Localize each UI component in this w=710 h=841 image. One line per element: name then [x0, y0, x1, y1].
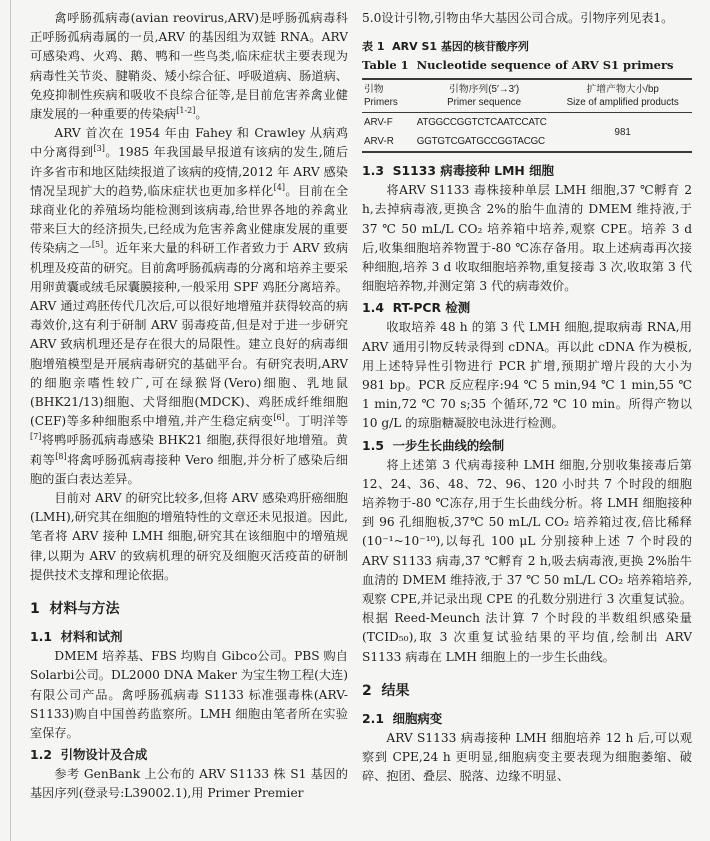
amplified-size-value: 981	[553, 113, 692, 153]
section-1-3-heading: 1.3 S1133 病毒接种 LMH 细胞	[362, 161, 692, 179]
section-1-1-body: DMEM 培养基、FBS 均购自 Gibco公司。PBS 购自 Solarbi公…	[30, 647, 348, 743]
header-sequence-cn: 引物序列(5′→3′)	[417, 83, 552, 96]
primer-sequence-arv-f: ATGGCCGGTCTCAATCCATC	[415, 113, 554, 133]
header-primers-cn: 引物	[364, 83, 413, 96]
header-sequence-en: Primer sequence	[417, 96, 552, 109]
section-1-3-body: 将ARV S1133 毒株接种单层 LMH 细胞,37 ℃孵育 2 h,去掉病毒…	[362, 181, 692, 296]
section-1-4-heading: 1.4 RT-PCR 检测	[362, 298, 692, 316]
table-1-caption-en: Table 1 Nucleotide sequence of ARV S1 pr…	[362, 58, 692, 72]
table-1-caption-cn: 表 1 ARV S1 基因的核苷酸序列	[362, 38, 692, 54]
header-sequence: 引物序列(5′→3′) Primer sequence	[415, 79, 554, 113]
scan-edge-line	[10, 0, 11, 841]
section-1-5-heading: 1.5 一步生长曲线的绘制	[362, 436, 692, 454]
table-row: ARV-F ATGGCCGGTCTCAATCCATC 981	[362, 113, 692, 133]
header-size-en: Size of amplified products	[555, 96, 690, 109]
two-column-layout: 禽呼肠孤病毒(avian reovirus,ARV)是呼肠孤病毒科正呼肠孤病毒属…	[30, 9, 692, 841]
section-1-5-body: 将上述第 3 代病毒接种 LMH 细胞,分别收集接毒后第 12、24、36、48…	[362, 456, 692, 667]
section-2-1-body: ARV S1133 病毒接种 LMH 细胞培养 12 h 后,可以观察到 CPE…	[362, 729, 692, 787]
paper-page: 禽呼肠孤病毒(avian reovirus,ARV)是呼肠孤病毒科正呼肠孤病毒属…	[0, 0, 710, 841]
left-column: 禽呼肠孤病毒(avian reovirus,ARV)是呼肠孤病毒科正呼肠孤病毒属…	[30, 9, 348, 841]
intro-paragraph-3: 目前对 ARV 的研究比较多,但将 ARV 感染鸡肝癌细胞(LMH),研究其在细…	[30, 489, 348, 585]
primer-table: 引物 Primers 引物序列(5′→3′) Primer sequence 扩…	[362, 78, 692, 153]
intro-paragraph-1: 禽呼肠孤病毒(avian reovirus,ARV)是呼肠孤病毒科正呼肠孤病毒属…	[30, 9, 348, 124]
primer-table-header-row: 引物 Primers 引物序列(5′→3′) Primer sequence 扩…	[362, 79, 692, 113]
section-1-2-body: 参考 GenBank 上公布的 ARV S1133 株 S1 基因的基因序列(登…	[30, 765, 348, 803]
primer-design-continuation: 5.0设计引物,引物由华大基因公司合成。引物序列见表1。	[362, 9, 692, 28]
section-2-heading: 2 结果	[362, 680, 692, 700]
header-size: 扩增产物大小/bp Size of amplified products	[553, 79, 692, 113]
section-1-4-body: 收取培养 48 h 的第 3 代 LMH 细胞,提取病毒 RNA,用 ARV 通…	[362, 318, 692, 433]
section-1-heading: 1 材料与方法	[30, 598, 348, 618]
section-2-1-heading: 2.1 细胞病变	[362, 709, 692, 727]
section-1-1-heading: 1.1 材料和试剂	[30, 627, 348, 645]
header-primers-en: Primers	[364, 96, 413, 109]
right-column: 5.0设计引物,引物由华大基因公司合成。引物序列见表1。 表 1 ARV S1 …	[362, 9, 692, 841]
intro-paragraph-2: ARV 首次在 1954 年由 Fahey 和 Crawley 从病鸡中分离得到…	[30, 124, 348, 489]
primer-name-arv-r: ARV-R	[362, 132, 415, 152]
section-1-2-heading: 1.2 引物设计及合成	[30, 745, 348, 763]
header-size-cn: 扩增产物大小/bp	[555, 83, 690, 96]
primer-sequence-arv-r: GGTGTCGATGCCGGTACGC	[415, 132, 554, 152]
header-primers: 引物 Primers	[362, 79, 415, 113]
primer-name-arv-f: ARV-F	[362, 113, 415, 133]
table-1-block: 表 1 ARV S1 基因的核苷酸序列 Table 1 Nucleotide s…	[362, 38, 692, 153]
